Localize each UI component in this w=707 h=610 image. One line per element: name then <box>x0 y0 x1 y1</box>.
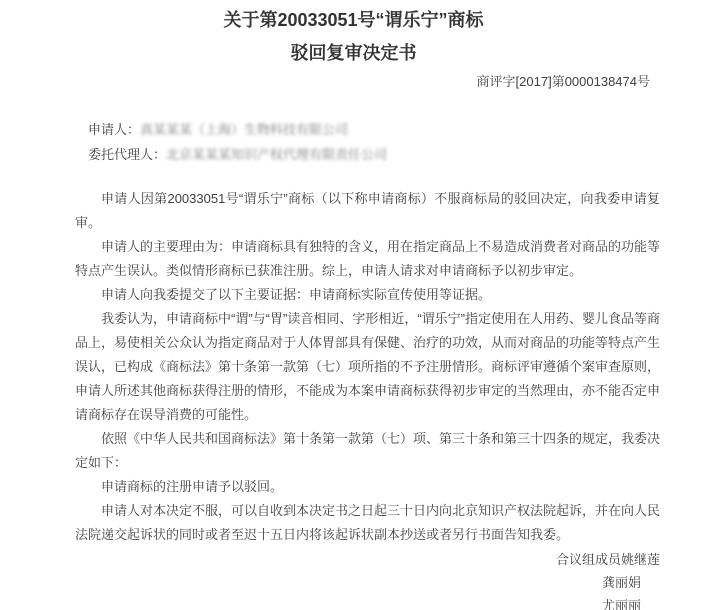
paragraph-legal-basis: 依照《中华人民共和国商标法》第十条第一款第（七）项、第三十条和第三十四条的规定，… <box>75 427 660 475</box>
applicant-label: 申请人： <box>88 122 140 137</box>
paragraph-decision: 申请商标的注册申请予以驳回。 <box>75 475 660 499</box>
document-title: 关于第20033051号“谓乐宁”商标 驳回复审决定书 <box>0 0 707 70</box>
panel-member-2: 龚丽娟 <box>556 571 641 594</box>
agent-line: 委托代理人：北京某某某知识产权代理有限责任公司 <box>88 142 707 167</box>
paragraph-appeal-rights: 申请人对本决定不服，可以自收到本决定书之日起三十日内向北京知识产权法院起诉，并在… <box>75 499 660 547</box>
party-block: 申请人：真某某某（上海）生物科技有限公司 委托代理人：北京某某某知识产权代理有限… <box>88 117 707 167</box>
signature-block: 合议组成员姚继莲 龚丽娟 尤丽丽 <box>556 548 660 610</box>
agent-label: 委托代理人： <box>88 147 166 162</box>
paragraph-board-opinion: 我委认为，申请商标中“谓”与“胃”读音相同、字形相近，“谓乐宁”指定使用在人用药… <box>75 307 660 427</box>
title-line-2: 驳回复审决定书 <box>0 37 707 70</box>
panel-member-line: 合议组成员姚继莲 <box>556 548 660 571</box>
paragraph-case-intro: 申请人因第20033051号“谓乐宁”商标（以下称申请商标）不服商标局的驳回决定… <box>75 187 660 235</box>
agent-name-redacted: 北京某某某知识产权代理有限责任公司 <box>166 147 387 162</box>
title-line-1: 关于第20033051号“谓乐宁”商标 <box>0 4 707 37</box>
paragraph-evidence: 申请人向我委提交了以下主要证据：申请商标实际宣传使用等证据。 <box>75 283 660 307</box>
panel-member-3: 尤丽丽 <box>556 594 641 610</box>
reference-number: 商评字[2017]第0000138474号 <box>0 73 707 90</box>
paragraph-applicant-reasons: 申请人的主要理由为：申请商标具有独特的含义，用在指定商品上不易造成消费者对商品的… <box>75 235 660 283</box>
applicant-line: 申请人：真某某某（上海）生物科技有限公司 <box>88 117 707 142</box>
trademark-decision-document: 关于第20033051号“谓乐宁”商标 驳回复审决定书 商评字[2017]第00… <box>0 0 707 610</box>
applicant-name-redacted: 真某某某（上海）生物科技有限公司 <box>140 122 348 137</box>
decision-body: 申请人因第20033051号“谓乐宁”商标（以下称申请商标）不服商标局的驳回决定… <box>75 187 660 547</box>
